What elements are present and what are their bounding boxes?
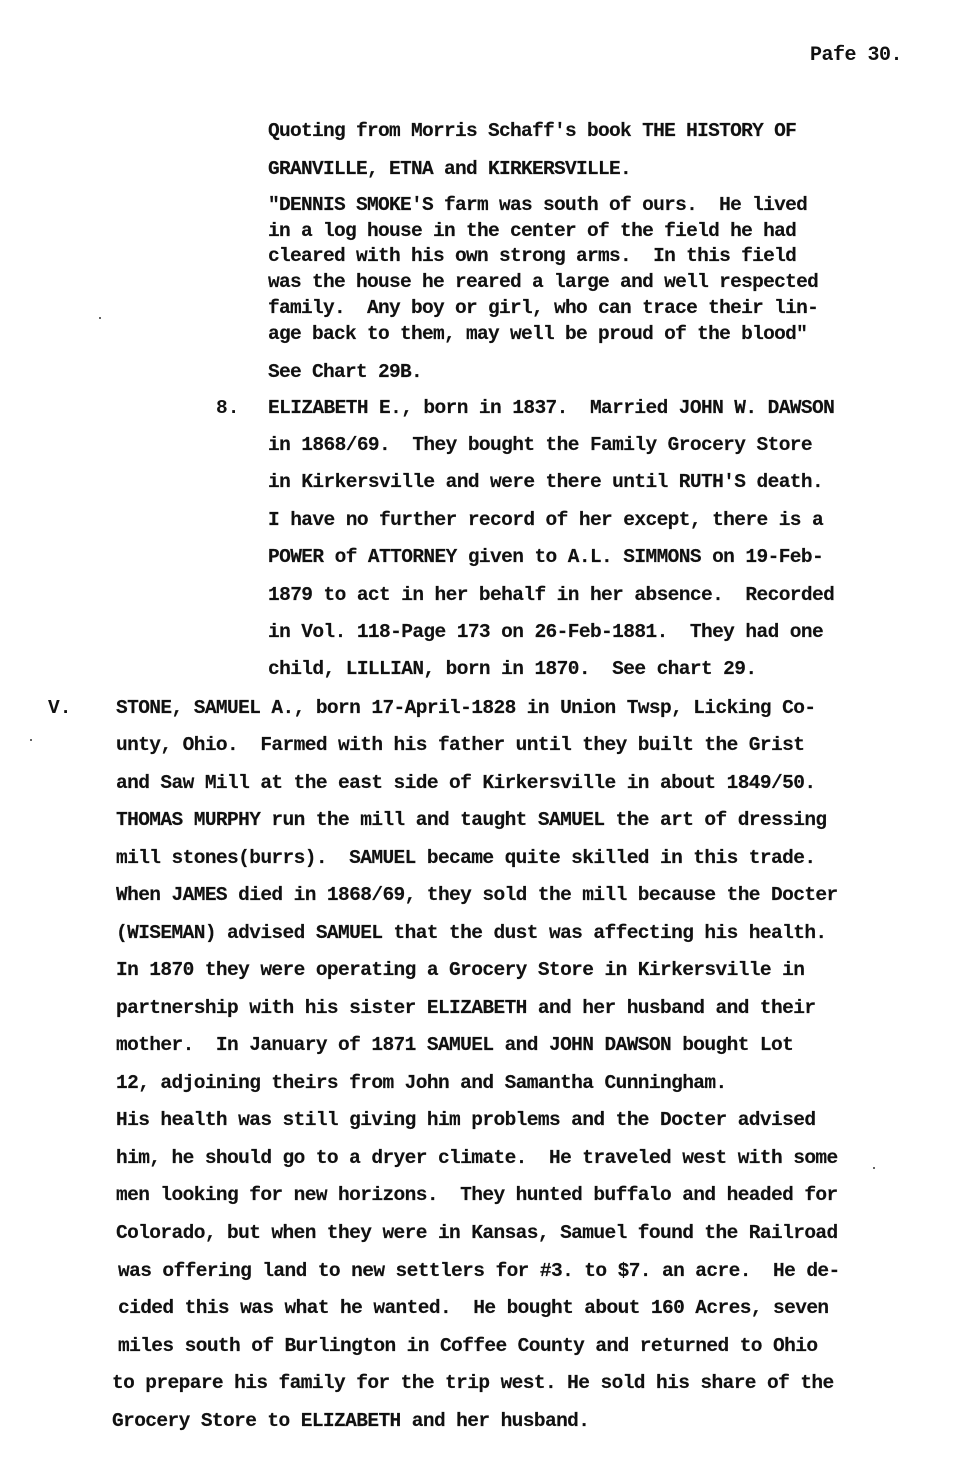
entry-line: In 1870 they were operating a Grocery St… (116, 958, 804, 982)
entry-line: When JAMES died in 1868/69, they sold th… (116, 883, 838, 907)
entry-line: mill stones(burrs). SAMUEL became quite … (116, 846, 815, 870)
scan-speck (99, 317, 101, 319)
entry-line: POWER of ATTORNEY given to A.L. SIMMONS … (268, 545, 823, 569)
entry-line: ELIZABETH E., born in 1837. Married JOHN… (268, 396, 834, 420)
entry-line: to prepare his family for the trip west.… (112, 1371, 834, 1395)
entry-line: cided this was what he wanted. He bought… (118, 1296, 829, 1320)
quote-text-line: was the house he reared a large and well… (268, 270, 818, 294)
entry-line: in Vol. 118-Page 173 on 26-Feb-1881. The… (268, 620, 823, 644)
entry-line: miles south of Burlington in Coffee Coun… (118, 1334, 817, 1358)
entry-marker: V. (48, 696, 71, 720)
entry-line: 12, adjoining theirs from John and Saman… (116, 1071, 727, 1095)
entry-line: Colorado, but when they were in Kansas, … (116, 1221, 838, 1245)
entry-marker: 8. (216, 396, 239, 420)
quote-text-line: in a log house in the center of the fiel… (268, 219, 796, 243)
entry-line: Grocery Store to ELIZABETH and her husba… (112, 1409, 589, 1433)
entry-line: and Saw Mill at the east side of Kirkers… (116, 771, 815, 795)
entry-line: partnership with his sister ELIZABETH an… (116, 996, 815, 1020)
scan-speck (873, 1167, 875, 1169)
entry-line: His health was still giving him problems… (116, 1108, 815, 1132)
quote-intro-line: Quoting from Morris Schaff's book THE HI… (268, 119, 796, 143)
quote-text-line: cleared with his own strong arms. In thi… (268, 244, 796, 268)
entry-line: I have no further record of her except, … (268, 508, 823, 532)
entry-line: child, LILLIAN, born in 1870. See chart … (268, 657, 756, 681)
entry-line: STONE, SAMUEL A., born 17-April-1828 in … (116, 696, 815, 720)
entry-line: unty, Ohio. Farmed with his father until… (116, 733, 804, 757)
scan-speck (30, 739, 32, 741)
entry-line: mother. In January of 1871 SAMUEL and JO… (116, 1033, 793, 1057)
entry-line: in Kirkersville and were there until RUT… (268, 470, 823, 494)
entry-line: was offering land to new settlers for #3… (118, 1259, 840, 1283)
quote-text-line: age back to them, may well be proud of t… (268, 322, 807, 346)
quote-text-line: "DENNIS SMOKE'S farm was south of ours. … (268, 193, 807, 217)
entry-line: men looking for new horizons. They hunte… (116, 1183, 838, 1207)
page-number: Pafe 30. (810, 44, 902, 68)
quote-intro-line: GRANVILLE, ETNA and KIRKERSVILLE. (268, 157, 631, 181)
entry-line: THOMAS MURPHY run the mill and taught SA… (116, 808, 827, 832)
entry-line: 1879 to act in her behalf in her absence… (268, 583, 834, 607)
quote-text-line: family. Any boy or girl, who can trace t… (268, 296, 818, 320)
entry-line: (WISEMAN) advised SAMUEL that the dust w… (116, 921, 827, 945)
entry-line: him, he should go to a dryer climate. He… (116, 1146, 838, 1170)
entry-line: in 1868/69. They bought the Family Groce… (268, 433, 812, 457)
see-chart-reference: See Chart 29B. (268, 360, 422, 384)
